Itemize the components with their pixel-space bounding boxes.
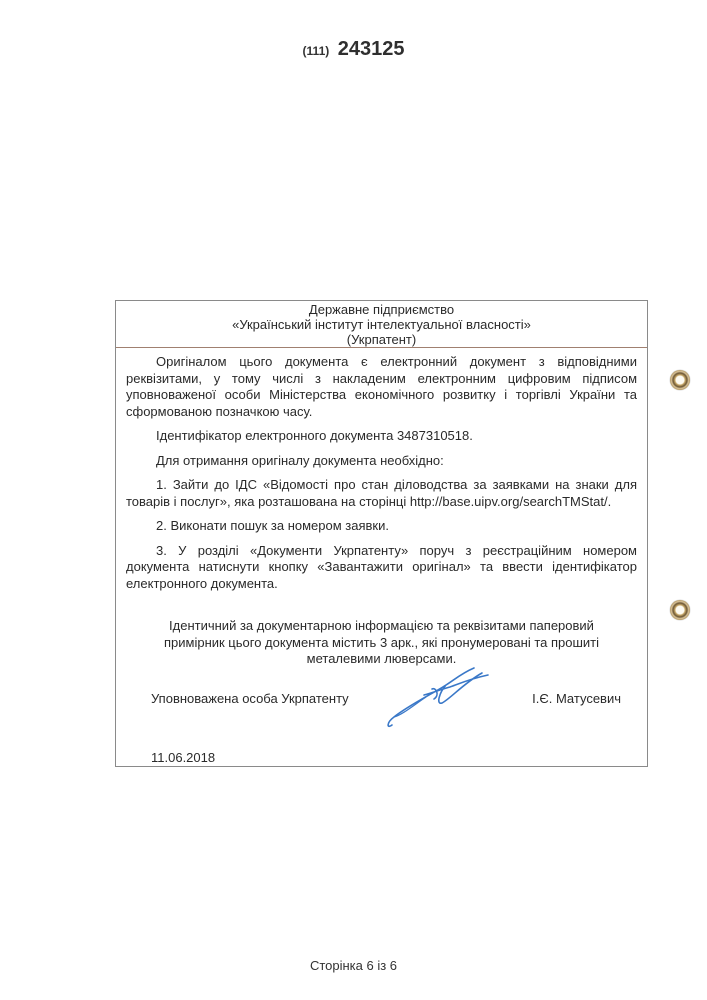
paragraph-original: Оригіналом цього документа є електронний… xyxy=(126,354,637,420)
binding-grommet-icon xyxy=(670,600,690,620)
document-number-value: 243125 xyxy=(338,38,405,60)
document-number-code: (111) xyxy=(303,44,330,58)
document-date: 11.06.2018 xyxy=(151,750,215,765)
instruction-step-2: 2. Виконати пошук за номером заявки. xyxy=(126,518,637,535)
notice-box: Державне підприємство «Український інсти… xyxy=(115,300,648,767)
header-line-1: Державне підприємство xyxy=(116,302,647,317)
page-number: Сторінка 6 із 6 xyxy=(0,958,707,973)
document-number: (111) 243125 xyxy=(0,38,707,61)
identity-note: Ідентичний за документарною інформацією … xyxy=(126,618,637,668)
paragraph-instructions-intro: Для отримання оригіналу документа необхі… xyxy=(126,453,637,470)
instruction-step-3: 3. У розділі «Документи Укрпатенту» пору… xyxy=(126,543,637,593)
notice-box-header: Державне підприємство «Український інсти… xyxy=(116,301,647,348)
signatory-role: Уповноважена особа Укрпатенту xyxy=(151,691,349,706)
instruction-step-1: 1. Зайти до ІДС «Відомості про стан діло… xyxy=(126,477,637,510)
notice-body: Оригіналом цього документа є електронний… xyxy=(116,348,647,668)
header-line-2: «Український інститут інтелектуальної вл… xyxy=(116,317,647,332)
signatory-name: І.Є. Матусевич xyxy=(532,691,621,706)
handwritten-signature-icon xyxy=(384,665,494,733)
binding-grommet-icon xyxy=(670,370,690,390)
header-line-3: (Укрпатент) xyxy=(116,332,647,347)
paragraph-identifier: Ідентифікатор електронного документа 348… xyxy=(126,428,637,445)
